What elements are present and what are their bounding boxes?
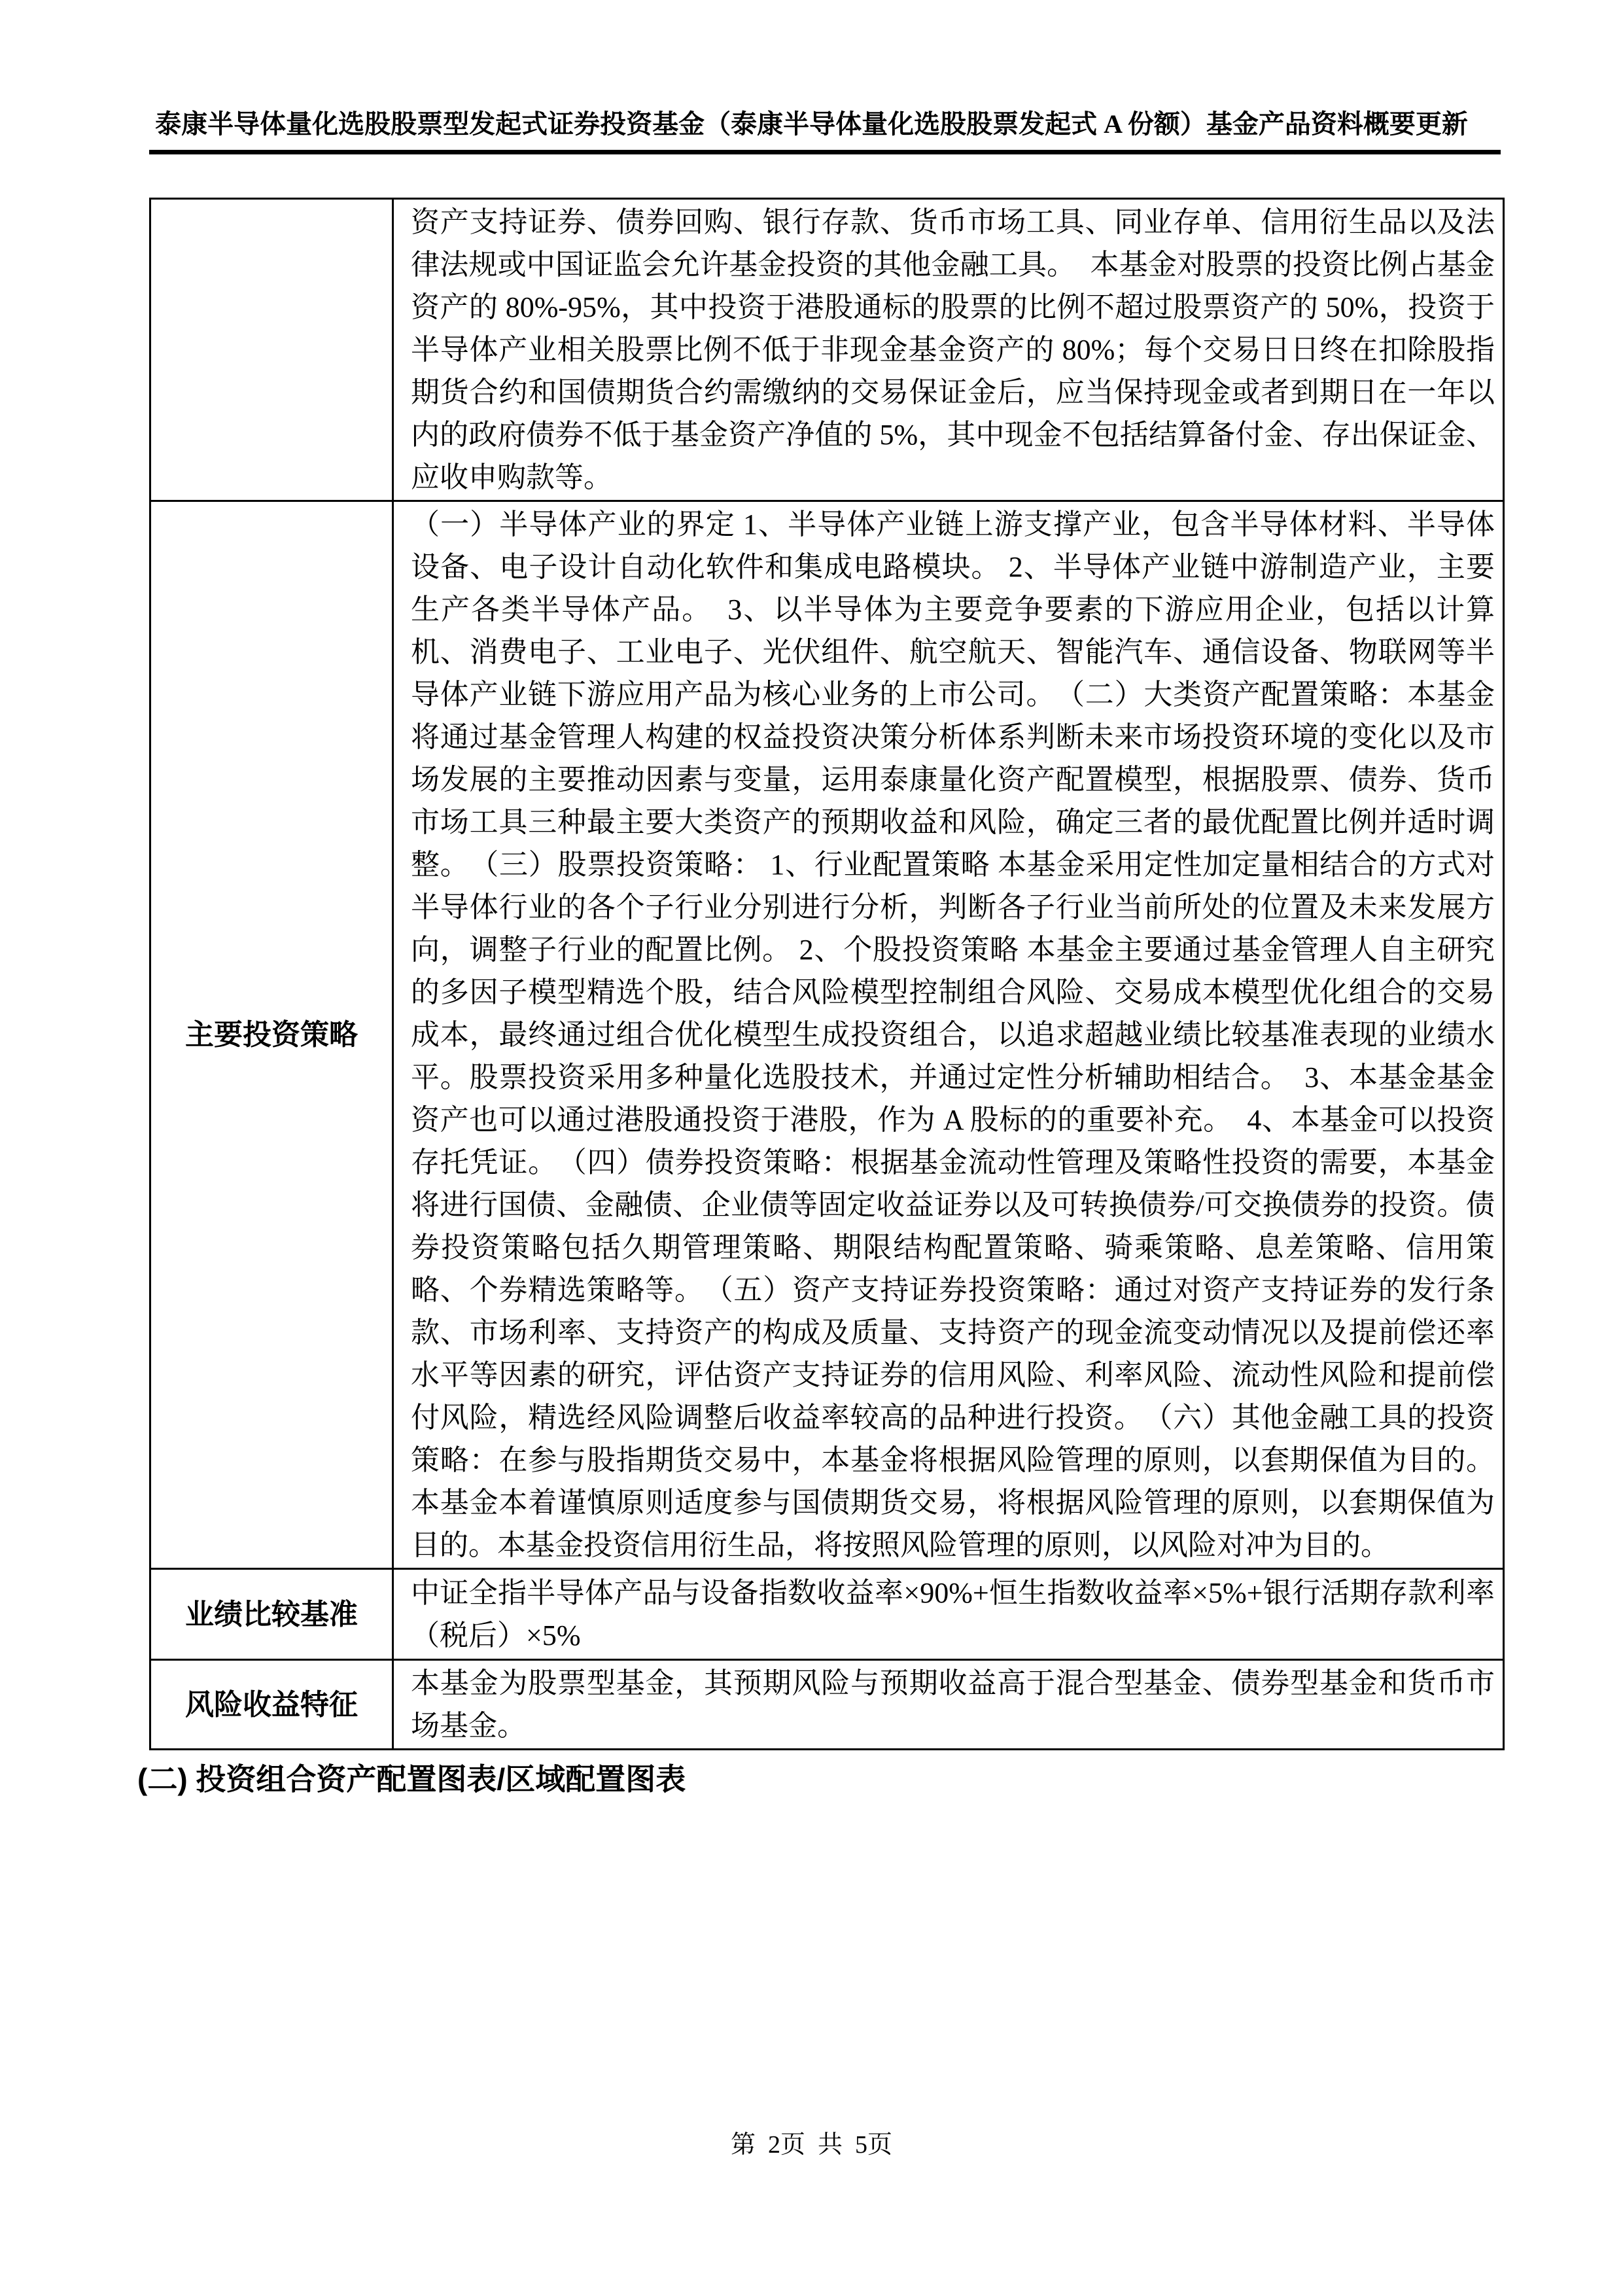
row-label-main-investment-strategy: 主要投资策略 [150,501,393,1569]
fund-info-table-wrap: 资产支持证券、债券回购、银行存款、货币市场工具、同业存单、信用衍生品以及法律法规… [149,198,1505,1750]
row-label-cell-empty [150,199,393,501]
title-underline-rule [149,150,1501,154]
document-page: 泰康半导体量化选股股票型发起式证券投资基金（泰康半导体量化选股股票发起式 A 份… [0,0,1623,2296]
row-content-performance-benchmark: 中证全指半导体产品与设备指数收益率×90%+恒生指数收益率×5%+银行活期存款利… [393,1569,1504,1660]
row-content-investment-scope: 资产支持证券、债券回购、银行存款、货币市场工具、同业存单、信用衍生品以及法律法规… [393,199,1504,501]
table-row-investment-scope-continued: 资产支持证券、债券回购、银行存款、货币市场工具、同业存单、信用衍生品以及法律法规… [150,199,1504,501]
row-label-performance-benchmark: 业绩比较基准 [150,1569,393,1660]
table-row-risk-return-profile: 风险收益特征 本基金为股票型基金，其预期风险与预期收益高于混合型基金、债券型基金… [150,1660,1504,1750]
row-content-main-investment-strategy: （一）半导体产业的界定 1、半导体产业链上游支撑产业，包含半导体材料、半导体设备… [393,501,1504,1569]
fund-info-table: 资产支持证券、债券回购、银行存款、货币市场工具、同业存单、信用衍生品以及法律法规… [149,198,1505,1750]
document-title: 泰康半导体量化选股股票型发起式证券投资基金（泰康半导体量化选股股票发起式 A 份… [0,109,1623,140]
section-heading-portfolio-allocation-charts: (二) 投资组合资产配置图表/区域配置图表 [137,1762,686,1796]
table-row-main-investment-strategy: 主要投资策略 （一）半导体产业的界定 1、半导体产业链上游支撑产业，包含半导体材… [150,501,1504,1569]
row-content-risk-return-profile: 本基金为股票型基金，其预期风险与预期收益高于混合型基金、债券型基金和货币市场基金… [393,1660,1504,1750]
table-row-performance-benchmark: 业绩比较基准 中证全指半导体产品与设备指数收益率×90%+恒生指数收益率×5%+… [150,1569,1504,1660]
page-number-footer: 第 2页 共 5页 [0,2124,1623,2160]
row-label-risk-return-profile: 风险收益特征 [150,1660,393,1750]
